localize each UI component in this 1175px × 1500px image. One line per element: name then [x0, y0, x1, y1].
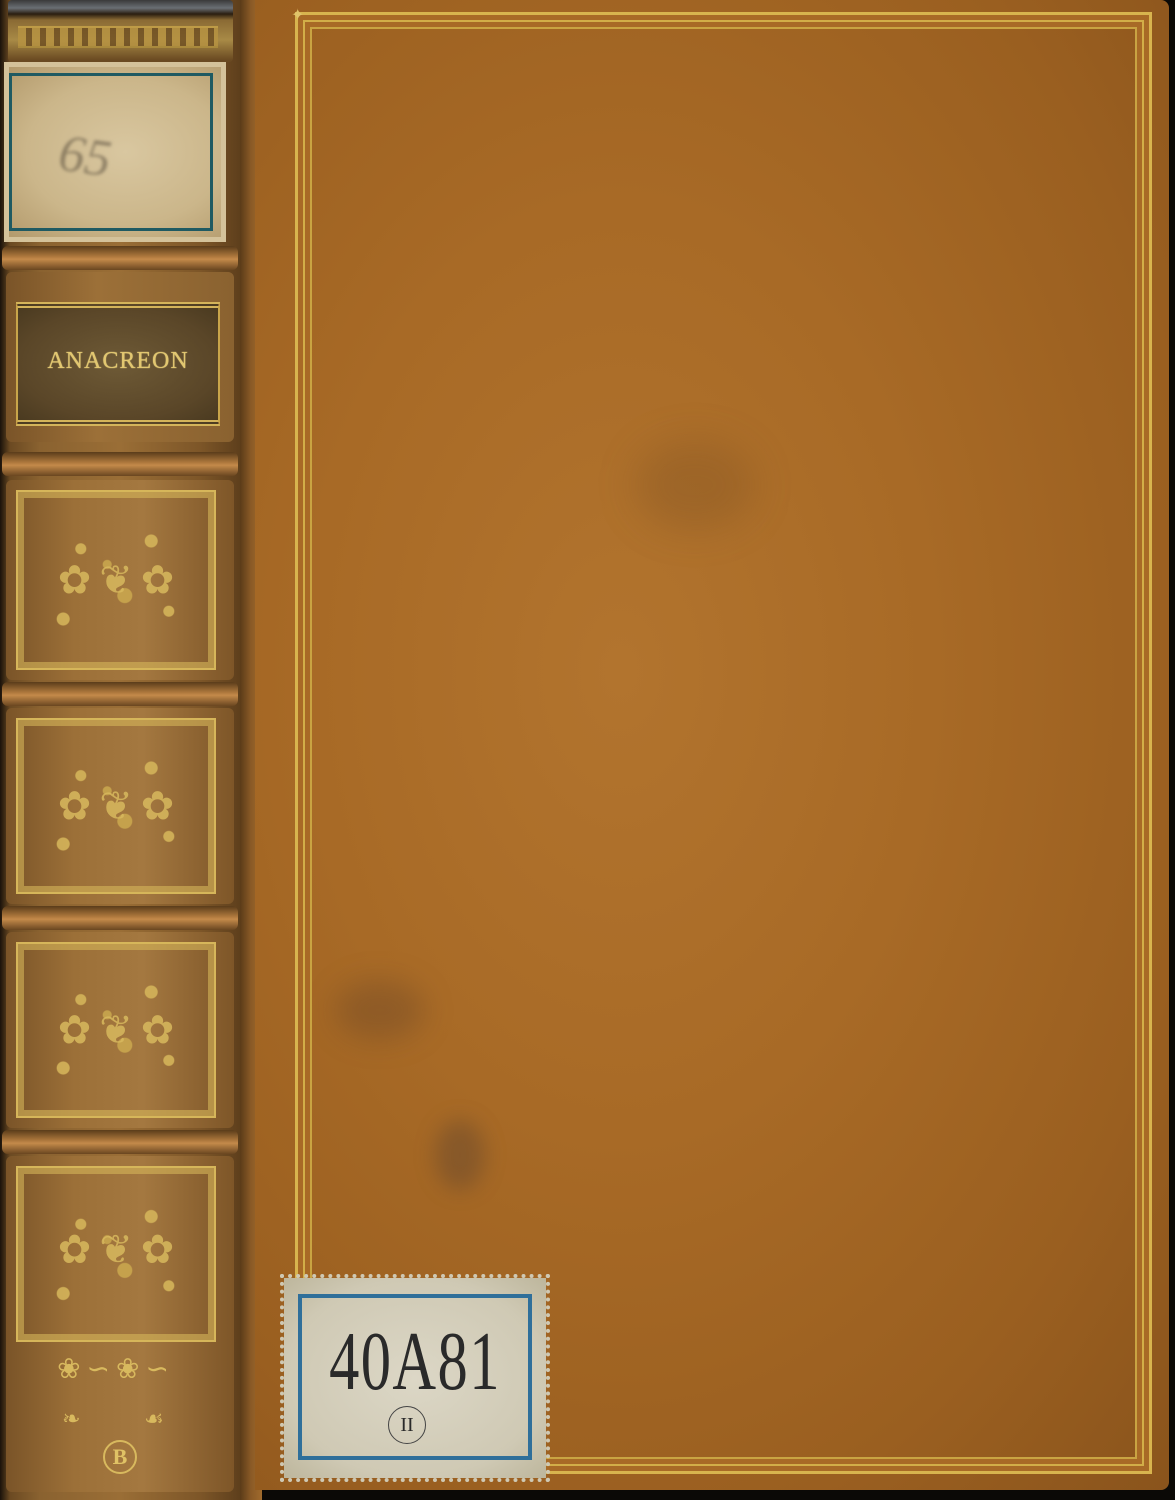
spine-raised-band [2, 906, 238, 930]
shelf-label-text: 65 [55, 124, 115, 190]
flower-icon: ✿❦✿ [6, 783, 234, 830]
corner-fleuron-icon: ✦ [291, 8, 307, 24]
call-number-label: 40A81 II [284, 1278, 546, 1478]
gilt-fillet-border [295, 12, 1152, 1474]
scroll-ornament-icon: ❀∽❀∽ [24, 1352, 208, 1386]
volume-number: II [388, 1406, 426, 1444]
headcap-gilt-ornament [18, 26, 218, 48]
spine-raised-band [2, 246, 238, 270]
tail-monogram: B [103, 1440, 137, 1474]
front-cover: ✦ ✦ [255, 0, 1169, 1490]
spine-raised-band [2, 452, 238, 476]
spine-shelf-label: 65 [4, 62, 226, 242]
spine-raised-band [2, 1130, 238, 1154]
spine-panel-4: ✿❦✿ ❀∽❀∽ ❧ ☙ B [6, 1156, 234, 1492]
spine-headcap [8, 0, 233, 62]
spine-raised-band [2, 682, 238, 706]
book-title: ANACREON [18, 348, 218, 375]
spine-panel-3: ✿❦✿ [6, 932, 234, 1128]
spine-title-label: ANACREON [16, 302, 220, 426]
flower-icon: ✿❦✿ [6, 1226, 234, 1273]
flower-icon: ✿❦✿ [6, 557, 234, 604]
flower-icon: ✿❦✿ [6, 1007, 234, 1054]
book: 65 ANACREON ✿❦✿ ✿❦✿ ✿❦✿ [0, 0, 1175, 1500]
spine-panel-2: ✿❦✿ [6, 708, 234, 904]
spine-panel-1: ✿❦✿ [6, 480, 234, 680]
call-number: 40A81 [321, 1320, 510, 1404]
leaf-scroll-icon: ❧ ☙ [24, 1406, 208, 1432]
spine-title-panel: ANACREON [6, 272, 234, 442]
book-spine: 65 ANACREON ✿❦✿ ✿❦✿ ✿❦✿ [0, 0, 250, 1500]
